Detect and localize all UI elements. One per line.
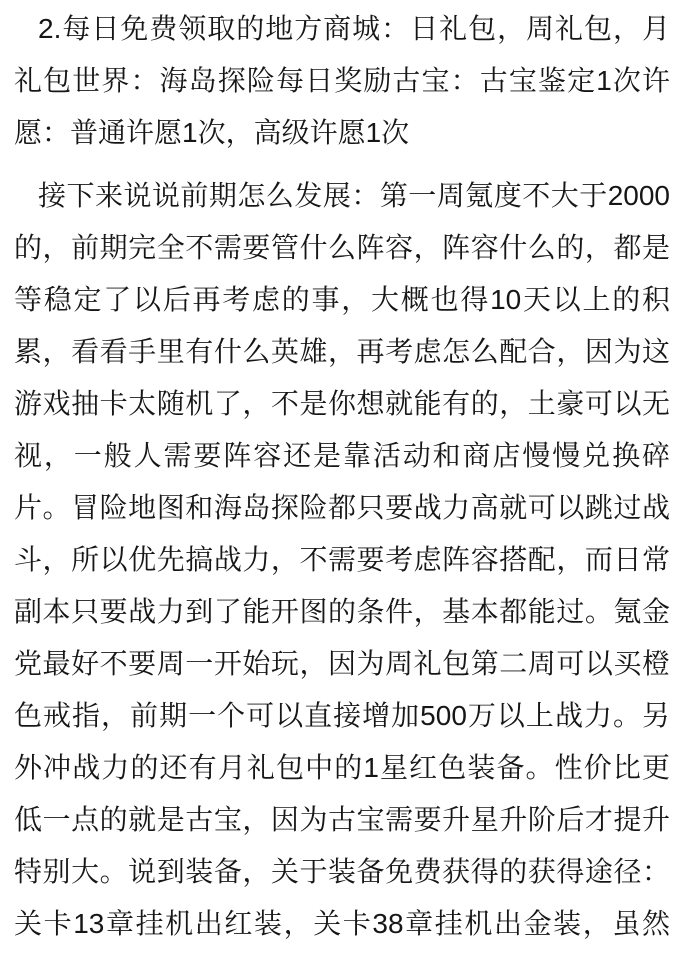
text-line: 色戒指，前期一个可以直接增加500万以上战力。另	[14, 690, 670, 742]
text-line: 片。冒险地图和海岛探险都只要战力高就可以跳过战	[14, 482, 670, 534]
text-line: 游戏抽卡太随机了，不是你想就能有的，土豪可以无	[14, 378, 670, 430]
article-body: 2.每日免费领取的地方商城：日礼包，周礼包，月礼包世界：海岛探险每日奖励古宝：古…	[0, 0, 684, 950]
text-line: 接下来说说前期怎么发展：第一周氪度不大于2000	[14, 170, 670, 222]
text-line: 低一点的就是古宝，因为古宝需要升星升阶后才提升	[14, 794, 670, 846]
paragraph-list: 2.每日免费领取的地方商城：日礼包，周礼包，月礼包世界：海岛探险每日奖励古宝：古…	[14, 3, 670, 950]
text-line: 累，看看手里有什么英雄，再考虑怎么配合，因为这	[14, 326, 670, 378]
text-line: 关卡13章挂机出红装，关卡38章挂机出金装，虽然	[14, 898, 670, 950]
paragraph: 接下来说说前期怎么发展：第一周氪度不大于2000的，前期完全不需要管什么阵容，阵…	[14, 170, 670, 950]
text-line: 党最好不要周一开始玩，因为周礼包第二周可以买橙	[14, 638, 670, 690]
text-line: 的，前期完全不需要管什么阵容，阵容什么的，都是	[14, 222, 670, 274]
text-line: 斗，所以优先搞战力，不需要考虑阵容搭配，而日常	[14, 534, 670, 586]
text-line: 等稳定了以后再考虑的事，大概也得10天以上的积	[14, 274, 670, 326]
text-line: 礼包世界：海岛探险每日奖励古宝：古宝鉴定1次许	[14, 55, 670, 107]
text-line: 2.每日免费领取的地方商城：日礼包，周礼包，月	[14, 3, 670, 55]
text-line: 副本只要战力到了能开图的条件，基本都能过。氪金	[14, 586, 670, 638]
text-line: 特别大。说到装备，关于装备免费获得的获得途径：	[14, 846, 670, 898]
text-line: 愿：普通许愿1次，高级许愿1次	[14, 107, 670, 159]
paragraph: 2.每日免费领取的地方商城：日礼包，周礼包，月礼包世界：海岛探险每日奖励古宝：古…	[14, 3, 670, 159]
text-line: 视，一般人需要阵容还是靠活动和商店慢慢兑换碎	[14, 430, 670, 482]
text-line: 外冲战力的还有月礼包中的1星红色装备。性价比更	[14, 742, 670, 794]
